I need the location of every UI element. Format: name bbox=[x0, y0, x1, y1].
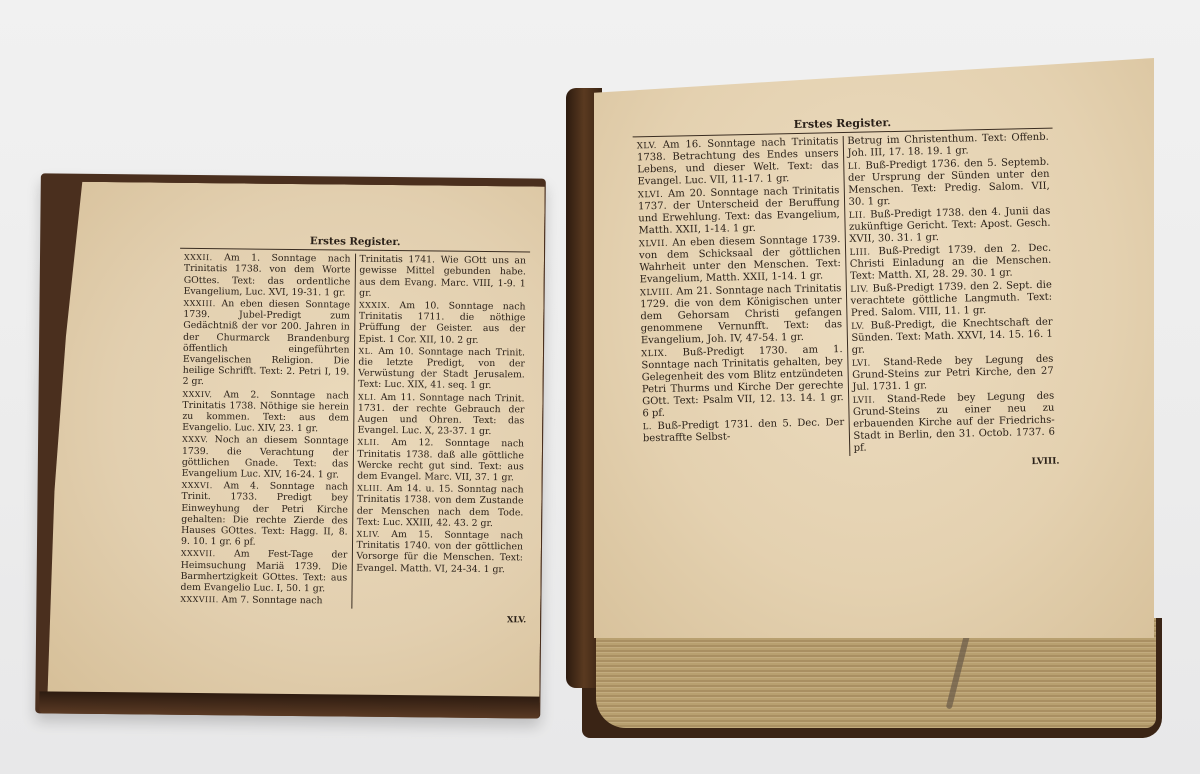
register-entry: XLIX. Buß-Predigt 1730. am 1. Sonntage n… bbox=[641, 344, 844, 420]
entry-number: XXXVIII. bbox=[180, 595, 219, 604]
register-entry: XXXIV. Am 2. Sonntage nach Trinitatis 17… bbox=[182, 388, 349, 435]
register-entry: LVI. Stand-Rede bey Legung des Grund-Ste… bbox=[852, 354, 1054, 394]
register-right-column: Trinitatis 1741. Wie GOtt uns an gewisse… bbox=[352, 254, 530, 610]
entry-text: Trinitatis 1741. Wie GOtt uns an gewisse… bbox=[359, 254, 526, 299]
register-entry: XXXII. Am 1. Sonntage nach Trinitatis 17… bbox=[184, 252, 351, 299]
entry-number: XXXII. bbox=[184, 253, 213, 262]
entry-text: Buß-Predigt 1739. den 2. Dec. Christi Ei… bbox=[850, 243, 1052, 282]
entry-text: Am 14. u. 15. Sonntag nach Trinitatis 17… bbox=[357, 483, 524, 529]
register-heading: Erstes Register. bbox=[180, 235, 530, 253]
entry-text: Stand-Rede bey Legung des Grund-Steins z… bbox=[853, 391, 1055, 454]
entry-text: Am 15. Sonntage nach Trinitatis 1740. vo… bbox=[356, 529, 523, 575]
entry-text: Am 12. Sonntage nach Trinitatis 1738. da… bbox=[357, 437, 524, 483]
entry-number: XXXIV. bbox=[183, 389, 213, 398]
big-book-register: Erstes Register. XLV. Am 16. Sonntage na… bbox=[632, 114, 1059, 477]
entry-text: Am 11. Sonntage nach Trinit. 1731. der r… bbox=[358, 392, 525, 438]
entry-number: XXXIX. bbox=[359, 301, 390, 310]
register-right-column: Betrug im Christenthum. Text: Offenb. Jo… bbox=[843, 132, 1059, 456]
entry-number: XLIX. bbox=[641, 349, 668, 360]
register-entry: XLIV. Am 15. Sonntage nach Trinitatis 17… bbox=[356, 529, 523, 576]
register-left-column: XLV. Am 16. Sonntage nach Trinitatis 173… bbox=[633, 136, 849, 460]
small-book: Erstes Register. XXXII. Am 1. Sonntage n… bbox=[35, 173, 553, 726]
entry-number: XXXVII. bbox=[181, 549, 216, 558]
entry-number: LII. bbox=[849, 211, 866, 221]
small-book-leather-edge bbox=[39, 691, 539, 718]
register-entry: LII. Buß-Predigt 1738. den 4. Junii das … bbox=[849, 206, 1051, 246]
entry-text: Buß-Predigt, die Knechtschaft der Sünden… bbox=[851, 317, 1053, 356]
register-entry: LIII. Buß-Predigt 1739. den 2. Dec. Chri… bbox=[849, 243, 1051, 283]
register-entry: XL. Am 10. Sonntage nach Trinit. die let… bbox=[358, 345, 525, 392]
entry-number: L. bbox=[643, 422, 653, 432]
register-entry: XXXIX. Am 10. Sonntage nach Trinitatis 1… bbox=[359, 300, 526, 347]
entry-number: XLVI. bbox=[638, 190, 664, 201]
entry-text: Buß-Predigt 1730. am 1. Sonntage nach Tr… bbox=[641, 344, 843, 419]
entry-number: XLI. bbox=[358, 392, 377, 401]
entry-number: XLIII. bbox=[357, 484, 383, 493]
entry-text: Buß-Predigt 1736. den 5. Septemb. der Ur… bbox=[848, 157, 1050, 208]
register-entry: XLVIII. Am 21. Sonntage nach Trinitatis … bbox=[640, 283, 843, 347]
register-entry: L. Buß-Predigt 1731. den 5. Dec. Der bes… bbox=[643, 417, 845, 445]
entry-text: Stand-Rede bey Legung des Grund-Steins z… bbox=[852, 354, 1054, 393]
entry-number: XLV. bbox=[637, 141, 657, 151]
register-entry: XLVI. Am 20. Sonntage nach Trinitatis 17… bbox=[638, 185, 840, 237]
register-entry: LVII. Stand-Rede bey Legung des Grund-St… bbox=[853, 391, 1056, 455]
entry-number: LVI. bbox=[852, 358, 871, 368]
entry-text: Am 4. Sonntage nach Trinit. 1733. Predig… bbox=[181, 481, 348, 548]
entry-text: Am 10. Sonntage nach Trinit. die letzte … bbox=[358, 346, 525, 392]
entry-text: Am 16. Sonntage nach Trinitatis 1738. Be… bbox=[637, 136, 839, 187]
entry-number: XLII. bbox=[358, 438, 380, 447]
entry-number: XLVII. bbox=[639, 239, 668, 250]
entry-number: LIII. bbox=[850, 247, 871, 257]
register-entry: XLV. Am 16. Sonntage nach Trinitatis 173… bbox=[637, 136, 839, 188]
entry-text: Betrug im Christenthum. Text: Offenb. Jo… bbox=[847, 132, 1049, 159]
entry-number: XXXIII. bbox=[183, 299, 215, 308]
register-columns: XXXII. Am 1. Sonntage nach Trinitatis 17… bbox=[176, 252, 530, 610]
entry-number: LI. bbox=[848, 162, 861, 172]
register-entry: LV. Buß-Predigt, die Knechtschaft der Sü… bbox=[851, 317, 1053, 357]
entry-number: XXXV. bbox=[182, 435, 208, 444]
register-entry: XXXVI. Am 4. Sonntage nach Trinit. 1733.… bbox=[181, 480, 348, 549]
entry-text: An eben diesen Sonntage 1739. Jubel-Pred… bbox=[183, 298, 350, 387]
register-entry: LIV. Buß-Predigt 1739. den 2. Sept. die … bbox=[850, 280, 1052, 320]
entry-text: Buß-Predigt 1739. den 2. Sept. die verac… bbox=[851, 280, 1053, 319]
register-entry: XXXIII. An eben diesen Sonntage 1739. Ju… bbox=[183, 298, 350, 389]
register-entry: Betrug im Christenthum. Text: Offenb. Jo… bbox=[847, 132, 1049, 160]
entry-text: Am 20. Sonntage nach Trinitatis 1737. de… bbox=[638, 185, 840, 236]
small-book-register: Erstes Register. XXXII. Am 1. Sonntage n… bbox=[176, 235, 530, 625]
register-entry: XXXV. Noch an diesem Sonntage 1739. die … bbox=[182, 434, 349, 481]
register-columns: XLV. Am 16. Sonntage nach Trinitatis 173… bbox=[633, 132, 1060, 461]
register-entry: Trinitatis 1741. Wie GOtt uns an gewisse… bbox=[359, 254, 526, 301]
register-entry: LI. Buß-Predigt 1736. den 5. Septemb. de… bbox=[848, 157, 1050, 209]
entry-number: XL. bbox=[358, 346, 373, 355]
entry-number: XLVIII. bbox=[640, 288, 673, 299]
entry-number: XXXVI. bbox=[182, 481, 213, 490]
entry-text: An eben diesem Sonntage 1739. von dem Sc… bbox=[639, 234, 841, 285]
entry-text: Am 7. Sonntage nach bbox=[222, 595, 323, 607]
register-entry: XXXVIII. Am 7. Sonntage nach bbox=[180, 594, 347, 607]
big-book: Erstes Register. XLV. Am 16. Sonntage na… bbox=[566, 58, 1166, 738]
entry-number: LIV. bbox=[850, 285, 869, 295]
register-left-column: XXXII. Am 1. Sonntage nach Trinitatis 17… bbox=[176, 252, 354, 608]
register-entry: XXXVII. Am Fest-Tage der Heimsuchung Mar… bbox=[180, 548, 347, 595]
register-entry: XLI. Am 11. Sonntage nach Trinit. 1731. … bbox=[358, 391, 525, 438]
register-entry: XLIII. Am 14. u. 15. Sonntag nach Trinit… bbox=[357, 483, 524, 530]
entry-number: LVII. bbox=[853, 395, 876, 405]
entry-number: XLIV. bbox=[357, 530, 380, 539]
register-entry: XLII. Am 12. Sonntage nach Trinitatis 17… bbox=[357, 437, 524, 484]
entry-number: LV. bbox=[851, 322, 865, 332]
entry-text: Buß-Predigt 1738. den 4. Junii das zukün… bbox=[849, 206, 1051, 245]
register-entry: XLVII. An eben diesem Sonntage 1739. von… bbox=[639, 234, 841, 286]
entry-text: Buß-Predigt 1731. den 5. Dec. Der bestra… bbox=[643, 417, 844, 444]
